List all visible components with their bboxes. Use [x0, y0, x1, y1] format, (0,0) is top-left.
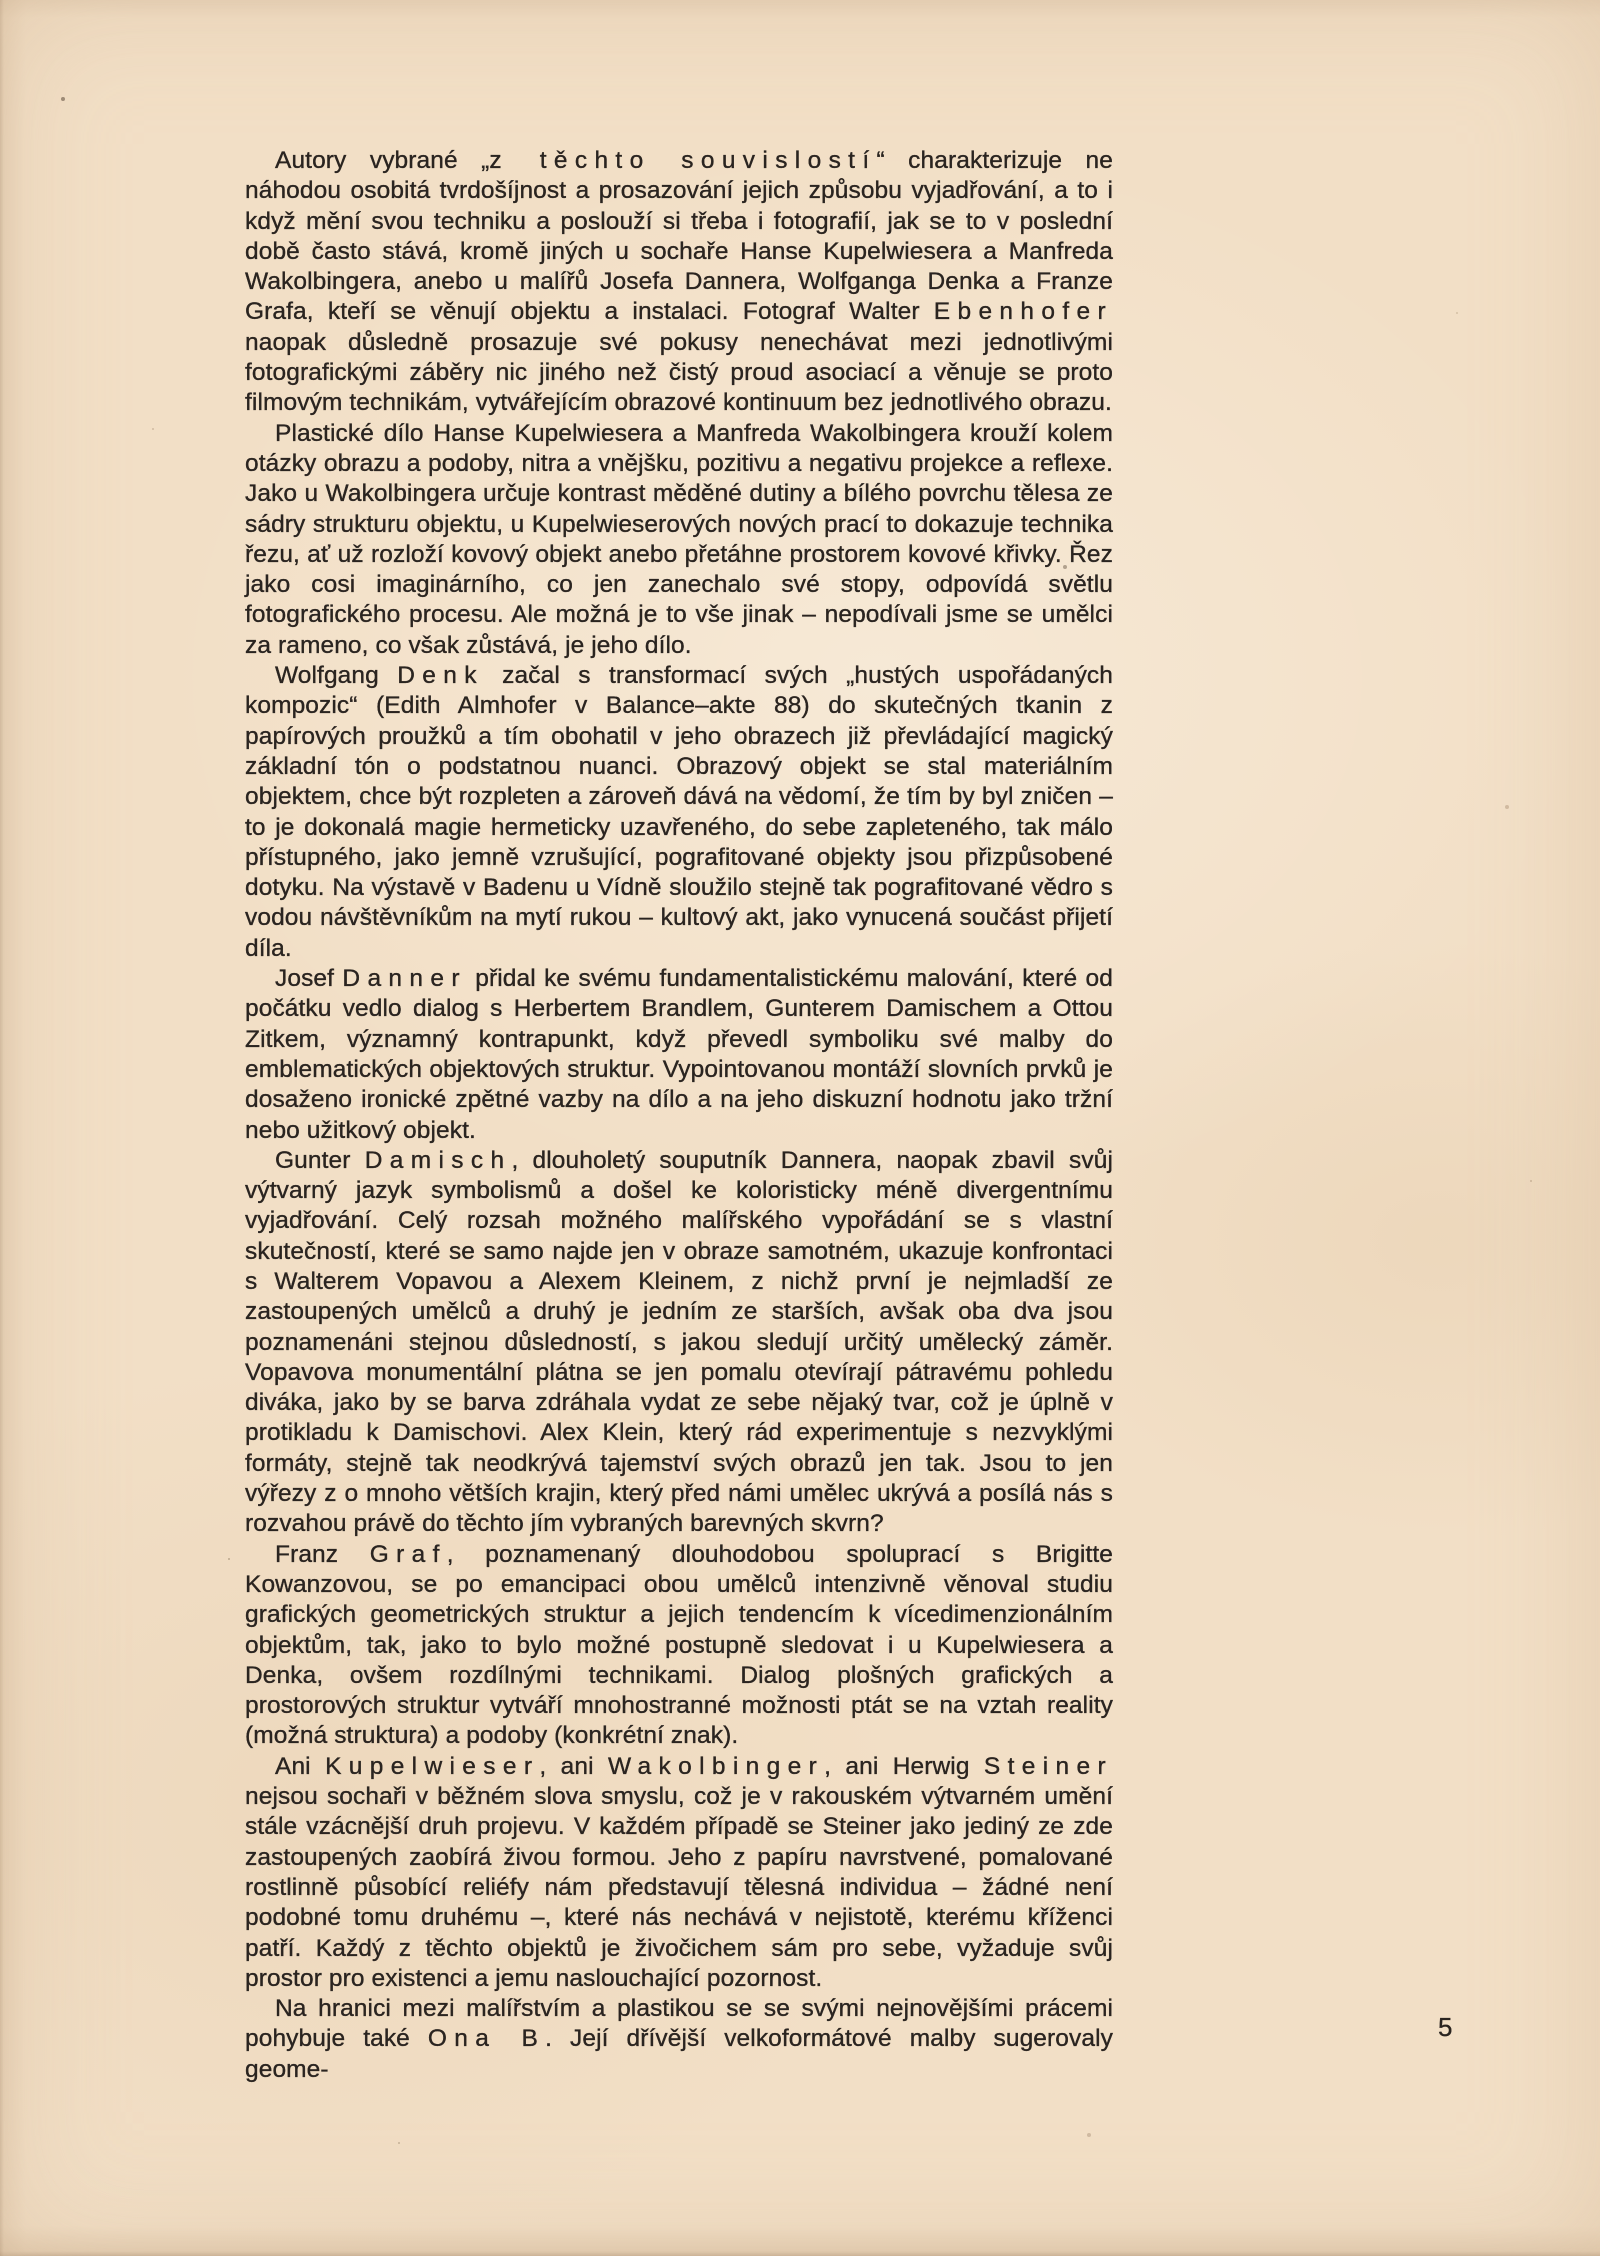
paragraph: Gunter Damisch, dlouholetý souputník Dan…: [245, 1146, 1113, 1540]
letterspaced-name: Ona B: [428, 2025, 545, 2052]
text-segment: Gunter: [275, 1147, 365, 1174]
paragraph: Franz Graf, poznamenaný dlouhodobou spol…: [245, 1540, 1113, 1752]
scanned-page: Autory vybrané „z těchto souvislostí“ ch…: [0, 0, 1600, 2256]
letterspaced-name: Ebenhofer: [934, 298, 1113, 325]
text-segment: , ani: [539, 1753, 608, 1780]
text-segment: naopak důsledně prosazuje své pokusy nen…: [245, 329, 1113, 417]
text-segment: Ani: [275, 1753, 325, 1780]
letterspaced-name: z těchto souvislostí: [489, 147, 876, 174]
text-segment: , dlouholetý souputník Dannera, naopak z…: [245, 1147, 1113, 1538]
letterspaced-name: Graf: [370, 1541, 447, 1568]
page-number: 5: [1438, 2012, 1452, 2043]
letterspaced-name: Denk: [397, 662, 484, 689]
text-segment: Autory vybrané „: [275, 147, 489, 174]
paragraph: Autory vybrané „z těchto souvislostí“ ch…: [245, 146, 1113, 419]
letterspaced-name: Steiner: [984, 1753, 1113, 1780]
text-segment: , poznamenaný dlouhodobou spoluprací s B…: [245, 1541, 1113, 1750]
paragraph: Wolfgang Denk začal s transformací svých…: [245, 661, 1113, 964]
text-segment: Wolfgang: [275, 662, 397, 689]
paragraph: Josef Danner přidal ke svému fundamental…: [245, 964, 1113, 1146]
paragraph: Plastické dílo Hanse Kupelwiesera a Manf…: [245, 419, 1113, 661]
letterspaced-name: Wakolbinger: [608, 1753, 824, 1780]
text-segment: začal s transformací svých „hustých uspo…: [245, 662, 1113, 962]
letterspaced-name: Kupelwieser: [325, 1753, 539, 1780]
text-segment: Plastické dílo Hanse Kupelwiesera a Manf…: [245, 420, 1113, 659]
letterspaced-name: Damisch: [365, 1147, 512, 1174]
text-segment: nejsou sochaři v běžném slova smyslu, co…: [245, 1783, 1113, 1992]
text-block: Autory vybrané „z těchto souvislostí“ ch…: [245, 146, 1113, 2085]
text-segment: Franz: [275, 1541, 370, 1568]
paragraph: Na hranici mezi malířstvím a plastikou s…: [245, 1994, 1113, 2085]
text-segment: , ani Herwig: [824, 1753, 984, 1780]
paragraph: Ani Kupelwieser, ani Wakolbinger, ani He…: [245, 1752, 1113, 1994]
letterspaced-name: Danner: [342, 965, 466, 992]
paper-specks: [0, 0, 2, 2]
text-segment: Josef: [275, 965, 342, 992]
